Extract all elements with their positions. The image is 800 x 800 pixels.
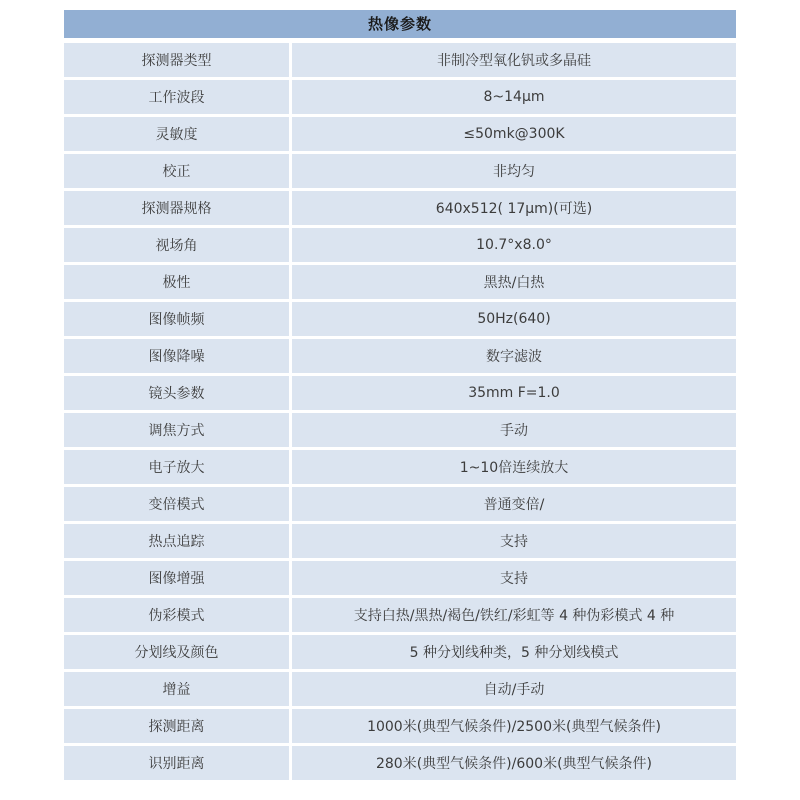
spec-table-body: 探测器类型 非制冷型氧化钒或多晶硅 工作波段 8~14μm 灵敏度 ≤50mk@…: [64, 43, 736, 780]
row-label: 热点追踪: [64, 524, 289, 558]
row-value: 数字滤波: [292, 339, 736, 373]
row-label: 电子放大: [64, 450, 289, 484]
row-value: 640x512( 17μm)(可选): [292, 191, 736, 225]
table-row: 调焦方式 手动: [64, 413, 736, 447]
table-row: 视场角 10.7°x8.0°: [64, 228, 736, 262]
spec-sheet-page: 热像参数 探测器类型 非制冷型氧化钒或多晶硅 工作波段 8~14μm 灵敏度 ≤…: [0, 0, 800, 800]
row-label: 探测器规格: [64, 191, 289, 225]
row-label: 分划线及颜色: [64, 635, 289, 669]
row-label: 变倍模式: [64, 487, 289, 521]
table-row: 图像帧频 50Hz(640): [64, 302, 736, 336]
table-title: 热像参数: [64, 10, 736, 38]
row-value: 黑热/白热: [292, 265, 736, 299]
row-label: 极性: [64, 265, 289, 299]
row-value: 8~14μm: [292, 80, 736, 114]
table-row: 探测器规格 640x512( 17μm)(可选): [64, 191, 736, 225]
row-value: 10.7°x8.0°: [292, 228, 736, 262]
row-value: 1000米(典型气候条件)/2500米(典型气候条件): [292, 709, 736, 743]
row-value: 手动: [292, 413, 736, 447]
row-value: 非均匀: [292, 154, 736, 188]
table-row: 镜头参数 35mm F=1.0: [64, 376, 736, 410]
row-value: 支持白热/黑热/褐色/铁红/彩虹等 4 种伪彩模式 4 种: [292, 598, 736, 632]
table-row: 灵敏度 ≤50mk@300K: [64, 117, 736, 151]
row-label: 探测距离: [64, 709, 289, 743]
table-row: 热点追踪 支持: [64, 524, 736, 558]
table-row: 探测器类型 非制冷型氧化钒或多晶硅: [64, 43, 736, 77]
row-label: 图像帧频: [64, 302, 289, 336]
row-value: 280米(典型气候条件)/600米(典型气候条件): [292, 746, 736, 780]
table-row: 电子放大 1~10倍连续放大: [64, 450, 736, 484]
spec-table: 热像参数 探测器类型 非制冷型氧化钒或多晶硅 工作波段 8~14μm 灵敏度 ≤…: [64, 10, 736, 780]
row-value: 1~10倍连续放大: [292, 450, 736, 484]
table-row: 工作波段 8~14μm: [64, 80, 736, 114]
row-value: 35mm F=1.0: [292, 376, 736, 410]
table-row: 极性 黑热/白热: [64, 265, 736, 299]
row-value: ≤50mk@300K: [292, 117, 736, 151]
row-value: 支持: [292, 524, 736, 558]
row-label: 镜头参数: [64, 376, 289, 410]
table-row: 伪彩模式 支持白热/黑热/褐色/铁红/彩虹等 4 种伪彩模式 4 种: [64, 598, 736, 632]
row-value: 50Hz(640): [292, 302, 736, 336]
row-label: 工作波段: [64, 80, 289, 114]
table-row: 增益 自动/手动: [64, 672, 736, 706]
row-value: 5 种分划线种类，5 种分划线模式: [292, 635, 736, 669]
table-row: 图像增强 支持: [64, 561, 736, 595]
row-value: 自动/手动: [292, 672, 736, 706]
row-label: 校正: [64, 154, 289, 188]
row-label: 识别距离: [64, 746, 289, 780]
table-row: 校正 非均匀: [64, 154, 736, 188]
table-row: 变倍模式 普通变倍/: [64, 487, 736, 521]
row-label: 视场角: [64, 228, 289, 262]
row-label: 灵敏度: [64, 117, 289, 151]
row-label: 探测器类型: [64, 43, 289, 77]
row-value: 非制冷型氧化钒或多晶硅: [292, 43, 736, 77]
table-row: 探测距离 1000米(典型气候条件)/2500米(典型气候条件): [64, 709, 736, 743]
row-value: 支持: [292, 561, 736, 595]
table-row: 分划线及颜色 5 种分划线种类，5 种分划线模式: [64, 635, 736, 669]
row-label: 伪彩模式: [64, 598, 289, 632]
table-row: 图像降噪 数字滤波: [64, 339, 736, 373]
row-label: 图像增强: [64, 561, 289, 595]
table-row: 识别距离 280米(典型气候条件)/600米(典型气候条件): [64, 746, 736, 780]
row-label: 调焦方式: [64, 413, 289, 447]
row-value: 普通变倍/: [292, 487, 736, 521]
row-label: 增益: [64, 672, 289, 706]
row-label: 图像降噪: [64, 339, 289, 373]
